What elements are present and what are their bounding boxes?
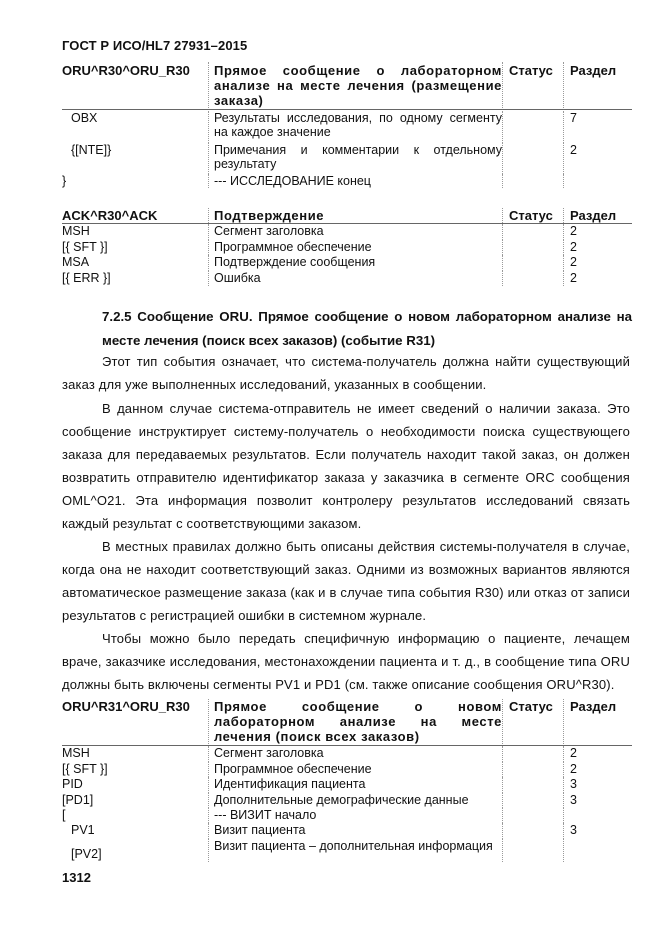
segment-cell: [{ ERR }] [62, 271, 208, 287]
description-cell: Примечания и комментарии к отдельному ре… [208, 143, 502, 174]
table-ack-r30: ACK^R30^ACK Подтверждение Статус Раздел … [62, 208, 632, 286]
segment-cell: OBX [62, 111, 208, 143]
section-cell: 2 [563, 271, 632, 287]
section-cell: 2 [563, 762, 632, 778]
page-number: 1312 [62, 870, 91, 885]
description-cell: Ошибка [208, 271, 502, 287]
running-head: ГОСТ Р ИСО/HL7 27931–2015 [62, 38, 247, 53]
segment-cell: MSH [62, 224, 208, 240]
table-oru-r30: ORU^R30^ORU_R30 Прямое сообщение о лабор… [62, 62, 632, 188]
status-cell [502, 240, 563, 256]
segment-cell: MSH [62, 746, 208, 762]
description-cell: Сегмент заголовка [208, 224, 502, 240]
table-row: PV1 Визит пациента 3 [62, 823, 632, 839]
table-row: MSH Сегмент заголовка 2 [62, 746, 632, 762]
table-header-row: ORU^R30^ORU_R30 Прямое сообщение о лабор… [62, 62, 632, 110]
segment-cell: [PD1] [62, 793, 208, 809]
header-description: Прямое сообщение о новом лабораторном ан… [208, 699, 502, 744]
header-status: Статус [502, 208, 563, 223]
table-row: [PD1] Дополнительные демографические дан… [62, 793, 632, 809]
header-section: Раздел [563, 62, 632, 108]
table-header-row: ACK^R30^ACK Подтверждение Статус Раздел [62, 208, 632, 224]
segment-cell: [{ SFT }] [62, 762, 208, 778]
section-cell: 3 [563, 793, 632, 809]
description-cell: Визит пациента – дополнительная информац… [208, 839, 502, 862]
status-cell [502, 793, 563, 809]
section-cell [563, 839, 632, 862]
description-cell: --- ИССЛЕДОВАНИЕ конец [208, 174, 502, 188]
section-cell: 2 [563, 255, 632, 271]
description-cell: --- ВИЗИТ начало [208, 808, 502, 823]
status-cell [502, 271, 563, 287]
header-description: Подтверждение [208, 208, 502, 223]
section-cell: 3 [563, 777, 632, 793]
description-cell: Программное обеспечение [208, 762, 502, 778]
description-cell: Программное обеспечение [208, 240, 502, 256]
status-cell [502, 255, 563, 271]
table-row: {[NTE]} Примечания и комментарии к отдел… [62, 143, 632, 174]
header-description: Прямое сообщение о лабораторном анализе … [208, 62, 502, 108]
table-row: [{ ERR }] Ошибка 2 [62, 271, 632, 287]
status-cell [502, 762, 563, 778]
description-cell: Результаты исследования, по одному сегме… [208, 111, 502, 143]
status-cell [502, 143, 563, 174]
section-cell: 7 [563, 111, 632, 143]
description-cell: Сегмент заголовка [208, 746, 502, 762]
table-row: [{ SFT }] Программное обеспечение 2 [62, 762, 632, 778]
status-cell [502, 839, 563, 862]
section-cell [563, 174, 632, 188]
header-message: ORU^R31^ORU_R30 [62, 699, 208, 744]
section-cell: 3 [563, 823, 632, 839]
section-cell: 2 [563, 240, 632, 256]
section-heading: 7.2.5 Сообщение ORU. Прямое сообщение о … [102, 305, 632, 353]
table-row: MSA Подтверждение сообщения 2 [62, 255, 632, 271]
table-row: MSH Сегмент заголовка 2 [62, 224, 632, 240]
segment-cell: PV1 [62, 823, 208, 839]
header-message: ORU^R30^ORU_R30 [62, 62, 208, 108]
status-cell [502, 777, 563, 793]
header-status: Статус [502, 62, 563, 108]
table-row: [PV2] Визит пациента – дополнительная ин… [62, 839, 632, 862]
table-oru-r31: ORU^R31^ORU_R30 Прямое сообщение о новом… [62, 699, 632, 862]
paragraph: Чтобы можно было передать специфичную ин… [62, 627, 630, 696]
segment-cell: [{ SFT }] [62, 240, 208, 256]
status-cell [502, 808, 563, 823]
segment-cell: {[NTE]} [62, 143, 208, 174]
table-row: } --- ИССЛЕДОВАНИЕ конец [62, 174, 632, 188]
description-cell: Идентификация пациента [208, 777, 502, 793]
table-row: [{ SFT }] Программное обеспечение 2 [62, 240, 632, 256]
table-row: PID Идентификация пациента 3 [62, 777, 632, 793]
section-cell [563, 808, 632, 823]
header-section: Раздел [563, 699, 632, 744]
paragraph: Этот тип события означает, что система-п… [62, 350, 630, 396]
paragraph: В данном случае система-отправитель не и… [62, 397, 630, 535]
segment-cell: [ [62, 808, 208, 823]
table-row: [ --- ВИЗИТ начало [62, 808, 632, 823]
section-cell: 2 [563, 224, 632, 240]
segment-cell: [PV2] [62, 839, 208, 862]
description-cell: Подтверждение сообщения [208, 255, 502, 271]
header-message: ACK^R30^ACK [62, 208, 208, 223]
status-cell [502, 111, 563, 143]
segment-cell: } [62, 174, 208, 188]
description-cell: Визит пациента [208, 823, 502, 839]
paragraph: В местных правилах должно быть описаны д… [62, 535, 630, 627]
header-status: Статус [502, 699, 563, 744]
table-header-row: ORU^R31^ORU_R30 Прямое сообщение о новом… [62, 699, 632, 746]
status-cell [502, 224, 563, 240]
status-cell [502, 746, 563, 762]
table-row: OBX Результаты исследования, по одному с… [62, 110, 632, 143]
header-section: Раздел [563, 208, 632, 223]
status-cell [502, 174, 563, 188]
segment-cell: MSA [62, 255, 208, 271]
section-cell: 2 [563, 746, 632, 762]
section-cell: 2 [563, 143, 632, 174]
status-cell [502, 823, 563, 839]
segment-cell: PID [62, 777, 208, 793]
description-cell: Дополнительные демографические данные [208, 793, 502, 809]
